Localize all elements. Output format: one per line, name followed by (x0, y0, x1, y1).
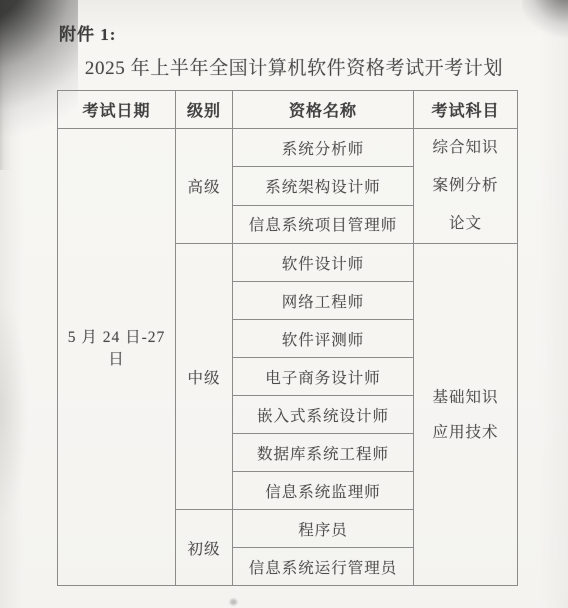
qualification-cell: 软件评测师 (233, 320, 414, 358)
qualification-cell: 信息系统项目管理师 (233, 205, 414, 243)
exam-schedule-table: 考试日期 级别 资格名称 考试科目 5 月 24 日-27 日 高级 系统分析师… (57, 90, 518, 586)
exam-date-cell: 5 月 24 日-27 日 (58, 129, 176, 586)
subjects-cell-senior: 综合知识 案例分析 论文 (414, 129, 518, 244)
qualification-cell: 网络工程师 (233, 282, 414, 320)
subject-line: 案例分析 (414, 167, 517, 205)
subject-line: 基础知识 (414, 380, 517, 415)
scan-artifact-dot (230, 599, 237, 605)
table-header-row: 考试日期 级别 资格名称 考试科目 (58, 91, 518, 129)
attachment-label: 附件 1: (59, 20, 116, 45)
qualification-cell: 电子商务设计师 (233, 358, 414, 396)
qualification-cell: 信息系统监理师 (233, 472, 414, 510)
column-header-qualification: 资格名称 (233, 91, 414, 129)
table-row: 5 月 24 日-27 日 高级 系统分析师 综合知识 案例分析 论文 (58, 129, 518, 167)
subject-line: 应用技术 (414, 415, 517, 450)
document-title: 2025 年上半年全国计算机软件资格考试开考计划 (64, 53, 524, 80)
level-cell-senior: 高级 (176, 129, 233, 244)
level-cell-junior: 初级 (176, 510, 233, 586)
scan-artifact-top-right (522, 0, 568, 40)
subject-line: 论文 (414, 205, 517, 243)
qualification-cell: 数据库系统工程师 (233, 434, 414, 472)
qualification-cell: 软件设计师 (233, 244, 414, 282)
column-header-exam-date: 考试日期 (58, 91, 176, 129)
level-cell-intermediate: 中级 (176, 244, 233, 510)
exam-date-text: 5 月 24 日-27 日 (58, 325, 175, 369)
qualification-cell: 程序员 (233, 510, 414, 548)
qualification-cell: 系统分析师 (233, 129, 414, 167)
qualification-cell: 信息系统运行管理员 (233, 548, 414, 586)
column-header-subjects: 考试科目 (414, 91, 518, 129)
scan-artifact-left-smudge (0, 300, 30, 520)
subjects-cell-intermediate-junior: 基础知识 应用技术 (414, 244, 518, 586)
qualification-cell: 系统架构设计师 (233, 167, 414, 205)
scanned-document-page: 附件 1: 2025 年上半年全国计算机软件资格考试开考计划 考试日期 级别 资… (0, 0, 568, 608)
column-header-level: 级别 (176, 91, 233, 129)
subject-line: 综合知识 (414, 129, 517, 167)
qualification-cell: 嵌入式系统设计师 (233, 396, 414, 434)
